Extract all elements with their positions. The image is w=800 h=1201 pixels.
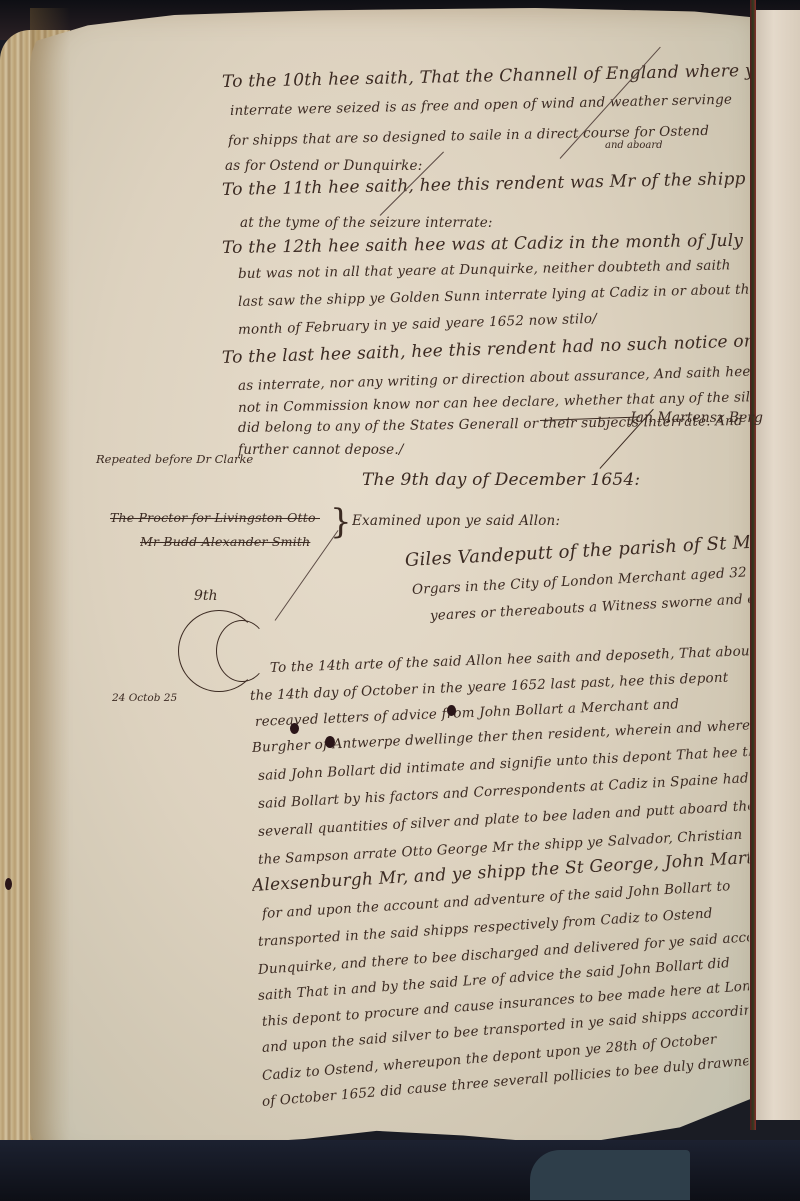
witness-line: yeares or thereabouts a Witness sworne a… [430,591,750,624]
deposition-line: at the tyme of the seizure interrate: [240,215,540,231]
deposition-line: month of February in ye said yeare 1652 … [238,309,638,338]
deposition-line: interrate were seized is as free and ope… [230,91,750,119]
struck-line: Mr Budd Alexander Smith [140,534,340,549]
ink-blot [325,736,335,748]
examined-upon-text: Examined upon ye said Allon: [352,513,632,529]
ink-blot [290,723,299,734]
margin-note-repeated: Repeated before Dr Clarke [96,452,253,466]
handwriting-layer: To the 10th hee saith, That the Channell… [0,0,800,1201]
deposition-line: further cannot depose./ [238,442,438,458]
decorative-capital-flourish [216,620,268,682]
interlineation: and aboard [605,140,663,151]
deposition-line: To the 12th hee saith hee was at Cadiz i… [222,231,750,258]
deposition-line: To the last hee saith, hee this rendent … [222,331,750,368]
deposition-line: as interrate, nor any writing or directi… [238,364,750,394]
margin-dates-note: 24 Octob 25 [112,692,177,704]
ink-blot [5,878,12,890]
deposition-line: but was not in all that yeare at Dunquir… [238,257,750,282]
date-heading: The 9th day of December 1654: [362,470,662,490]
deposition-line: last saw the shipp ye Golden Sunn interr… [238,281,750,310]
struck-line: The Proctor for Livingston Otto George [110,510,320,525]
deposition-line: for shipps that are so designed to saile… [228,122,750,149]
ink-blot [447,705,456,716]
deposition-line: as for Ostend or Dunquirke: [225,158,525,174]
margin-article-number: 9th [194,588,218,604]
witness-line: Giles Vandeputt of the parish of St Mart… [404,532,750,571]
deposition-line: To the 10th hee saith, That the Channell… [222,61,750,92]
